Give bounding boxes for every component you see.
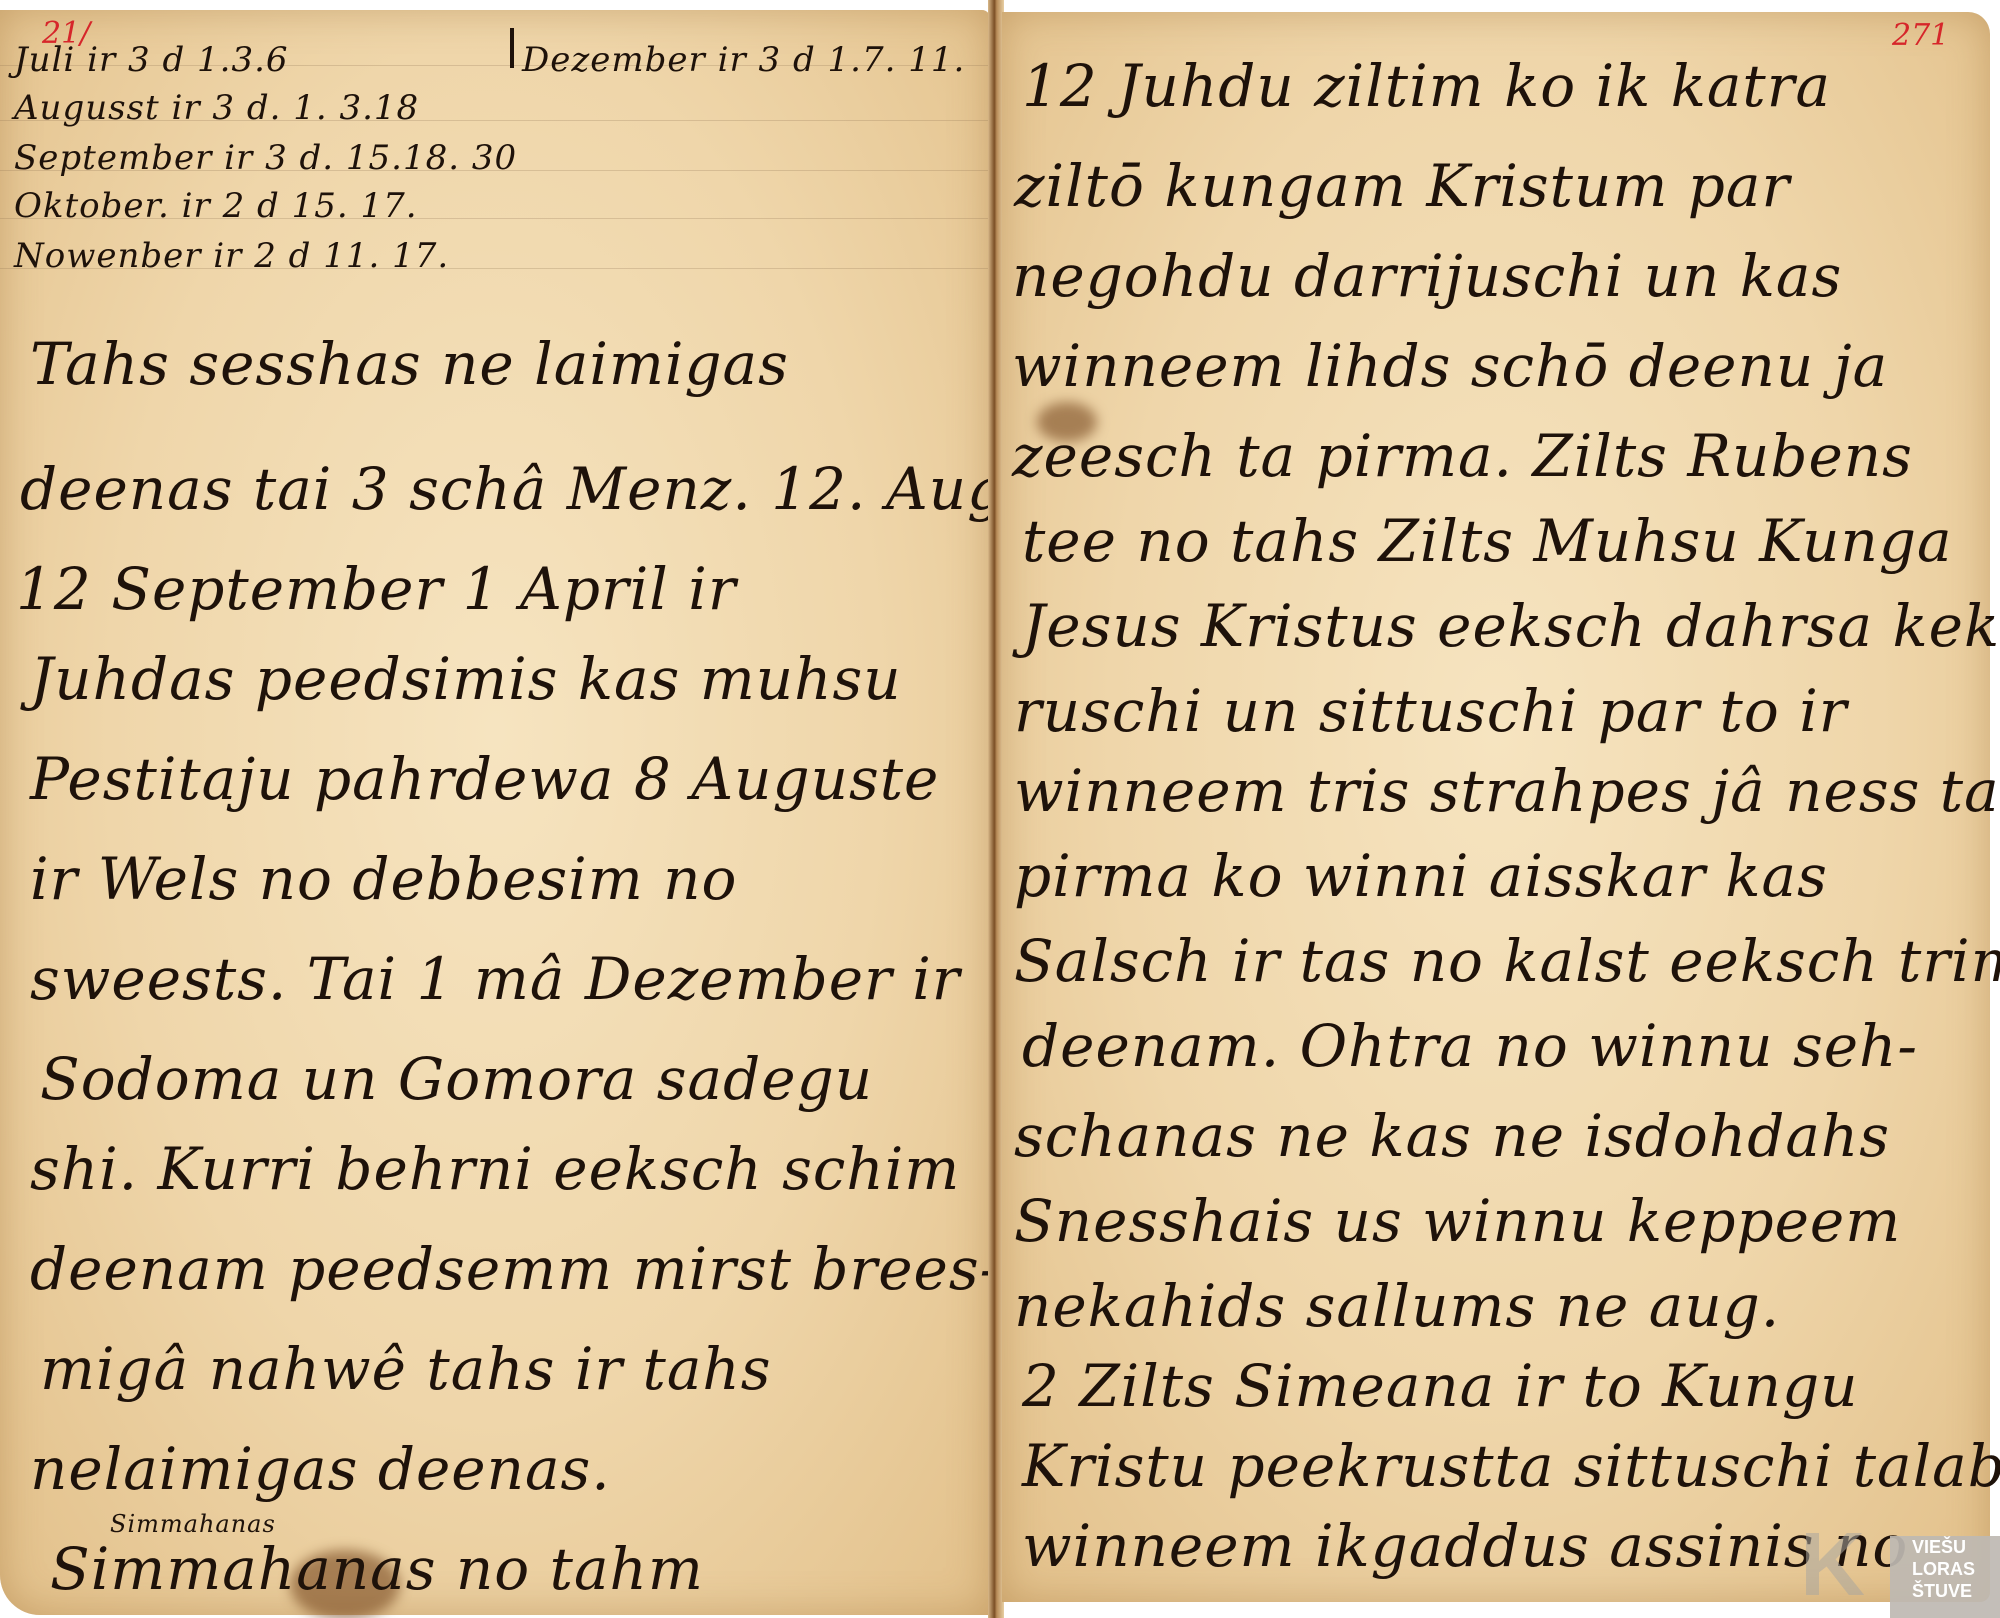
column-divider xyxy=(510,28,514,68)
text-line: Sodoma un Gomora sadegu xyxy=(40,1045,873,1113)
text-line: nekahids sallums ne aug. xyxy=(1014,1272,1780,1340)
text-line: ruschi un sittuschi par to ir xyxy=(1014,677,1848,745)
text-line: zeesch ta pirma. Zilts Rubens xyxy=(1012,422,1913,490)
interlinear-annotation: Simmahanas xyxy=(110,1510,276,1538)
text-line: winneem ikgaddus assinis no xyxy=(1022,1512,1908,1580)
text-line: Salsch ir tas no kalst eeksch trim xyxy=(1014,927,2000,995)
text-line: Pestitaju pahrdewa 8 Auguste xyxy=(30,745,939,813)
manuscript-spread: 21/ Juli ir 3 d 1.3.6 Augusst ir 3 d. 1.… xyxy=(0,0,2000,1618)
right-page: 271 12 Juhdu ziltim ko ik katra ziltō ku… xyxy=(1002,12,1990,1602)
text-line: tee no tahs Zilts Muhsu Kunga xyxy=(1022,507,1953,575)
month-entry: Juli ir 3 d 1.3.6 xyxy=(14,40,289,80)
text-line: deenam peedsemm mirst brees- xyxy=(30,1235,1000,1303)
text-line: winneem lihds schō deenu ja xyxy=(1012,332,1888,400)
text-line: Snesshais us winnu keppeem xyxy=(1014,1187,1901,1255)
watermark-line: VIEŠU xyxy=(1890,1536,2000,1558)
text-line: schanas ne kas ne isdohdahs xyxy=(1014,1102,1890,1170)
text-line: Kristu peekrustta sittuschi talab xyxy=(1022,1432,2000,1500)
text-line: deenas tai 3 schâ Menz. 12. Augus xyxy=(20,455,1074,523)
month-entry-december: Dezember ir 3 d 1.7. 11. xyxy=(522,40,965,80)
text-line: pirma ko winni aisskar kas xyxy=(1014,842,1828,910)
text-line: Tahs sesshas ne laimigas xyxy=(30,330,789,398)
library-watermark: VIEŠU LORAS ŠTUVE xyxy=(1890,1536,2000,1618)
text-line: 2 Zilts Simeana ir to Kungu xyxy=(1022,1352,1858,1420)
month-entry: Augusst ir 3 d. 1. 3.18 xyxy=(14,88,419,128)
text-line: Simmahanas no tahm xyxy=(50,1535,704,1603)
watermark-line: LORAS xyxy=(1890,1558,2000,1580)
left-page: 21/ Juli ir 3 d 1.3.6 Augusst ir 3 d. 1.… xyxy=(0,10,990,1615)
text-line: ir Wels no debbesim no xyxy=(30,845,737,913)
text-line: Jesus Kristus eeksch dahrsa kek- xyxy=(1022,592,2000,660)
watermark-line: ŠTUVE xyxy=(1890,1580,2000,1602)
text-line: Juhdas peedsimis kas muhsu xyxy=(30,645,902,713)
text-line: sweests. Tai 1 mâ Dezember ir xyxy=(30,945,960,1013)
text-line: deenam. Ohtra no winnu seh- xyxy=(1022,1012,1918,1080)
text-line: 12 Juhdu ziltim ko ik katra xyxy=(1022,52,1831,120)
text-line: nelaimigas deenas. xyxy=(30,1435,611,1503)
text-line: 12 September 1 April ir xyxy=(16,555,737,623)
text-line: negohdu darrijuschi un kas xyxy=(1012,242,1842,310)
month-entry: Oktober. ir 2 d 15. 17. xyxy=(14,186,418,226)
text-line: winneem tris strahpes jâ ness ta xyxy=(1014,757,2000,825)
text-line: migâ nahwê tahs ir tahs xyxy=(40,1335,772,1403)
text-line: ziltō kungam Kristum par xyxy=(1014,152,1790,220)
month-entry: Nowenber ir 2 d 11. 17. xyxy=(14,236,449,276)
text-line: shi. Kurri behrni eeksch schim xyxy=(30,1135,960,1203)
month-entry: September ir 3 d. 15.18. 30 xyxy=(14,138,517,178)
page-number-right: 271 xyxy=(1892,18,1949,53)
library-logo-icon: K xyxy=(1800,1520,1890,1610)
